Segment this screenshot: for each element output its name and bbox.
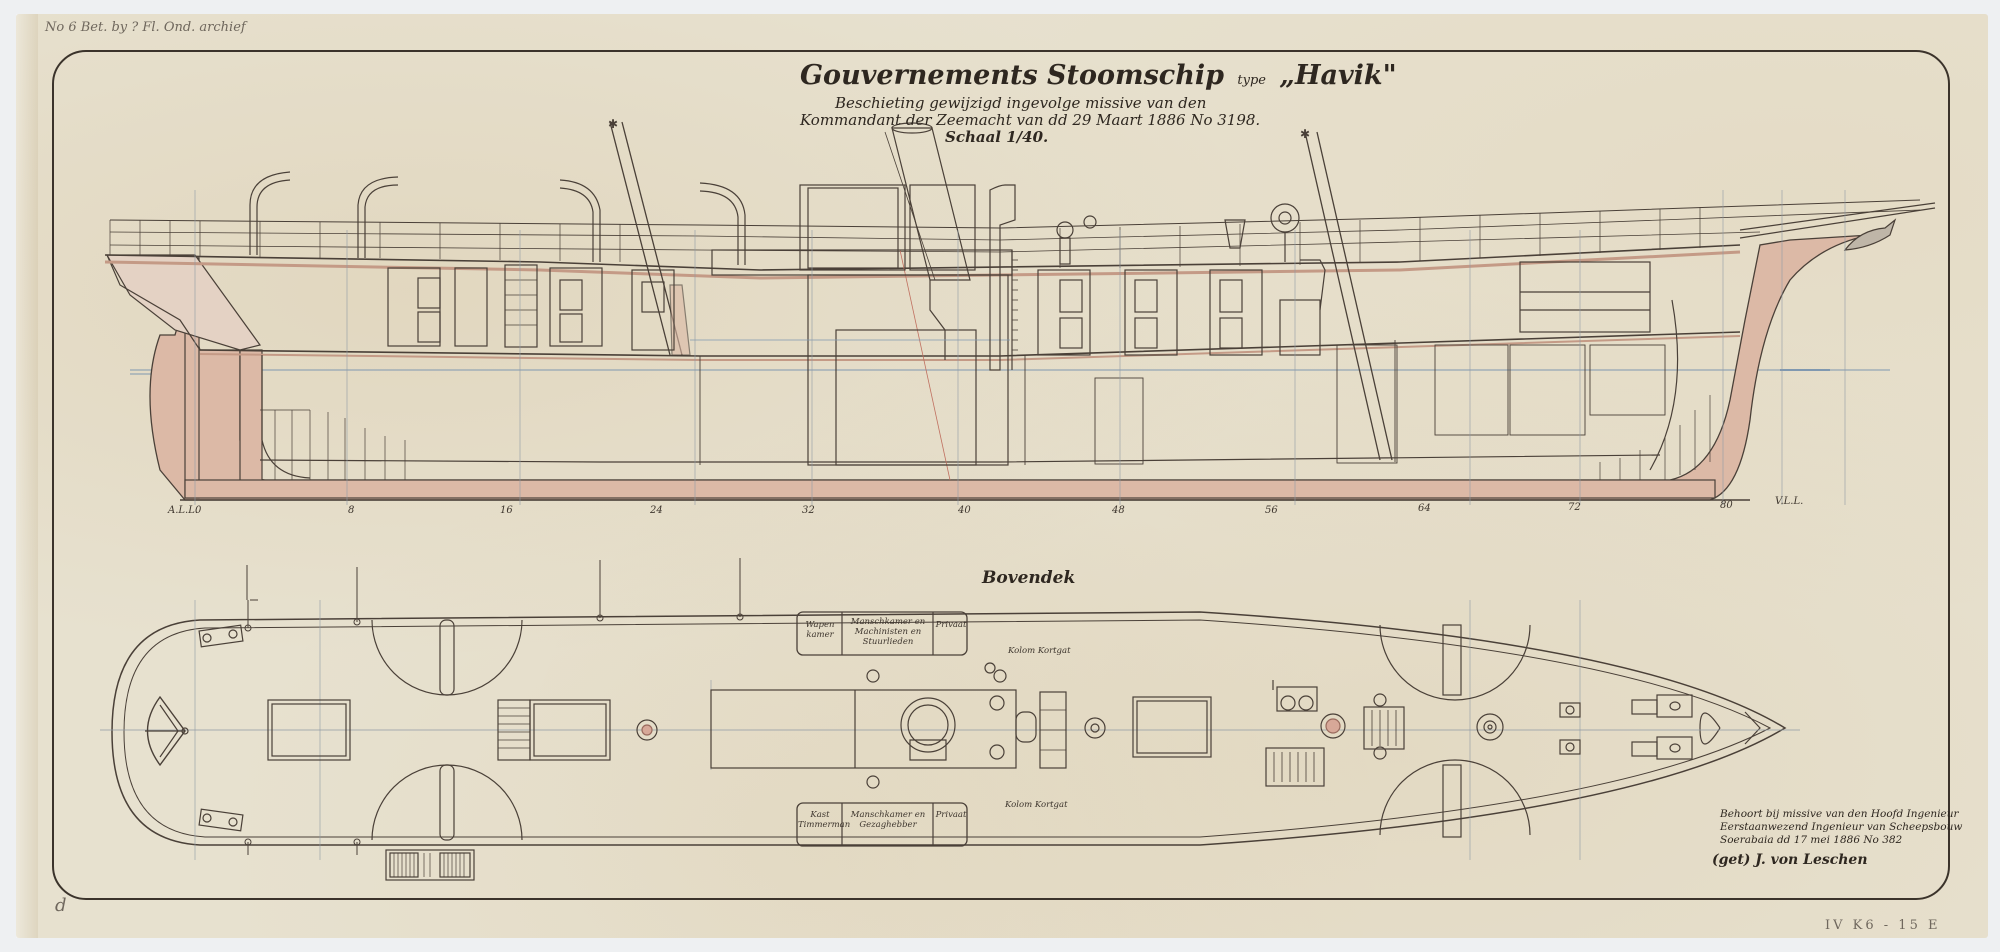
bow-perpendicular-label: V.L.L. [1775,496,1803,507]
room-label-privaat-top: Privaat [935,620,967,630]
room-label-wapenkamer: Wapen kamer [798,620,842,640]
drawing-scale: Schaal 1/40. [945,128,1048,146]
deck-plan-view [100,558,1800,880]
pencil-archive-note: No 6 Bet. by ? Fl. Ond. archief [45,20,246,35]
frame-number: 56 [1265,505,1278,516]
svg-text:✱: ✱ [608,117,618,131]
subtitle-line-1: Beschieting gewijzigd ingevolge missive … [835,94,1206,112]
frame-number: 8 [348,505,354,516]
subtitle-line-2: Kommandant der Zeemacht van dd 29 Maart … [800,111,1260,129]
frame-number: 32 [802,505,815,516]
room-label-manschkamer-machinisten: Manschkamer en Machinisten en Stuurliede… [845,617,931,647]
frame-number: 80 [1720,500,1733,511]
frame-number: 0 [195,505,201,516]
room-label-manschkamer-gezaghebber: Manschkamer en Gezaghebber [845,810,931,830]
profile-view: ✱ ✱ [105,117,1935,505]
kolom-kortgat-label: Kolom Kortgat [1005,800,1067,810]
room-label-kast-timmerman: Kast Timmerman [798,810,842,830]
frame-number: 24 [650,505,663,516]
drawing-title: Gouvernements Stoomschip type „Havik" [800,60,1397,91]
pencil-mark: d [55,895,67,916]
stern-perpendicular-label: A.L.L. [168,505,198,516]
frame-number: 40 [958,505,971,516]
kolom-kortgat-label: Kolom Kortgat [1008,646,1070,656]
ship-name: „Havik" [1279,60,1396,91]
title-type-prefix: type [1237,73,1266,88]
frame-number: 16 [500,505,513,516]
room-label-privaat-bottom: Privaat [935,810,967,820]
frame-number: 64 [1418,503,1431,514]
frame-number: 72 [1568,502,1581,513]
svg-text:✱: ✱ [1300,127,1310,141]
deck-plan-title: Bovendek [982,568,1075,588]
title-main: Gouvernements Stoomschip [800,60,1224,91]
frame-number: 48 [1112,505,1125,516]
approval-note: Behoort bij missive van den Hoofd Ingeni… [1720,808,1962,847]
draftsman-signature: (get) J. von Leschen [1712,852,1868,868]
archive-reference-number: IV K6 - 15 E [1825,918,1940,933]
